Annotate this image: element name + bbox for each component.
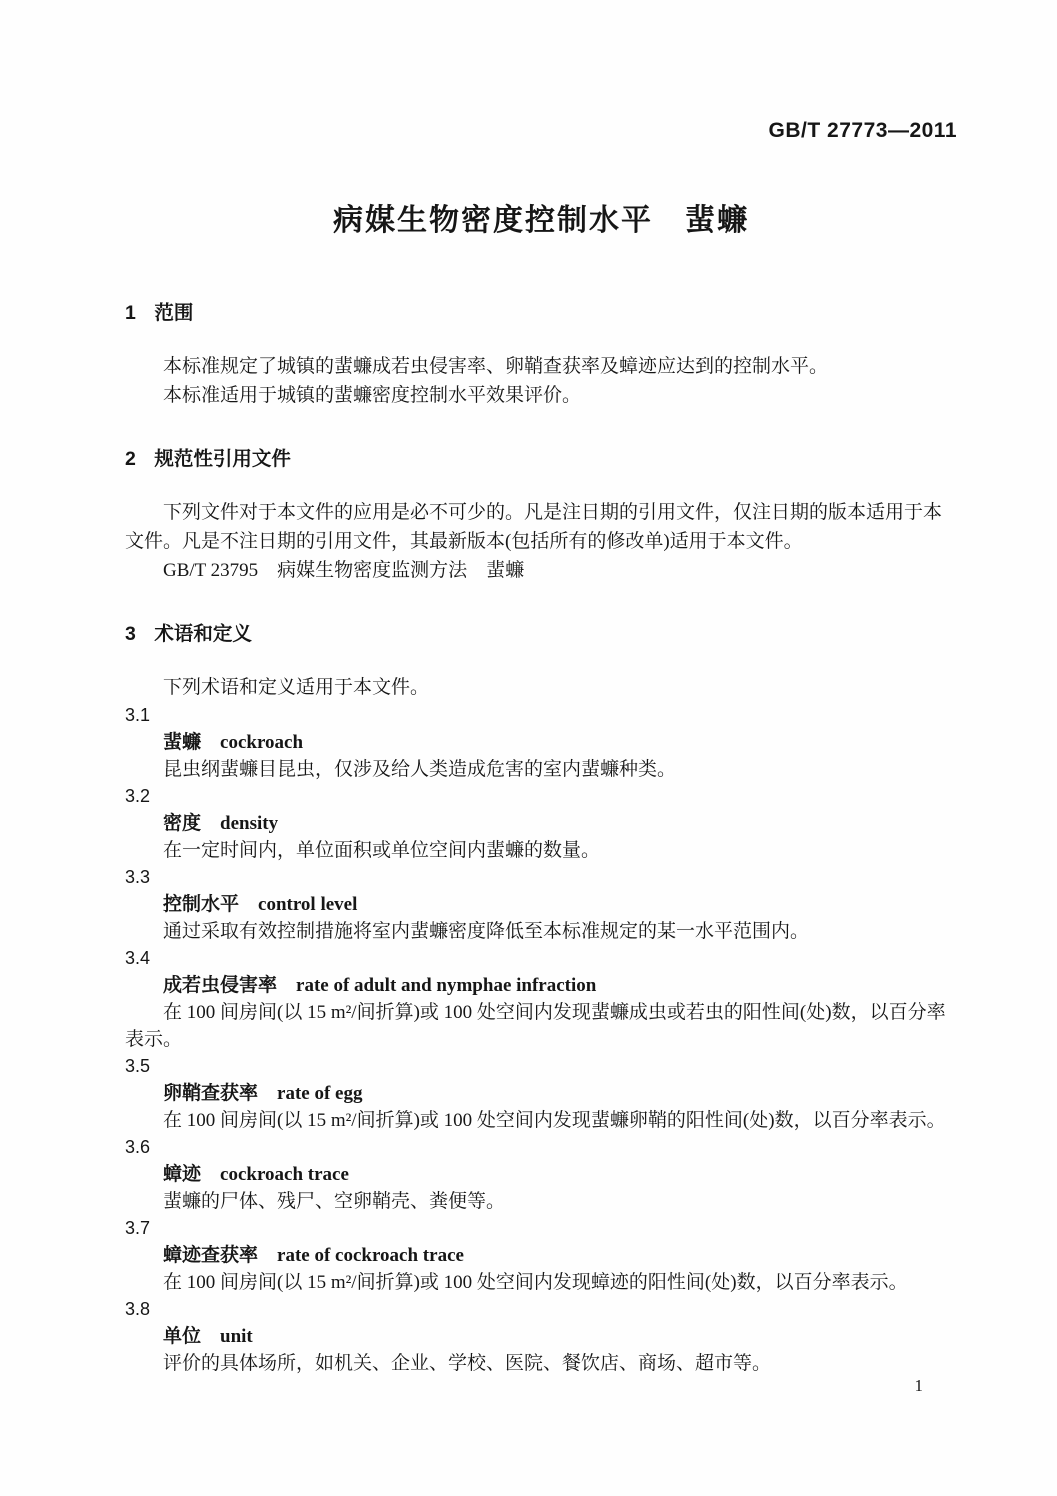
term-number: 3.5 (125, 1053, 957, 1080)
term-name-zh: 单位 (163, 1326, 201, 1347)
term-number: 3.2 (125, 783, 957, 810)
section-heading-text: 规范性引用文件 (154, 448, 291, 470)
term-number: 3.1 (125, 702, 957, 729)
term-definition: 在 100 间房间(以 15 m²/间折算)或 100 处空间内发现蟑迹的阳性间… (125, 1269, 957, 1296)
section-terms: 3术语和定义 下列术语和定义适用于本文件。 3.1 蜚蠊cockroach 昆虫… (125, 621, 957, 1377)
scope-heading: 1范围 (125, 300, 957, 326)
term-title: 控制水平control level (125, 891, 957, 918)
term-definition: 在 100 间房间(以 15 m²/间折算)或 100 处空间内发现蜚蠊成虫或若… (125, 999, 957, 1053)
term-name-zh: 蟑迹查获率 (163, 1245, 258, 1266)
terms-heading: 3术语和定义 (125, 621, 957, 647)
document-title: 病媒生物密度控制水平 蜚蠊 (125, 200, 957, 242)
term-name-en: unit (220, 1326, 253, 1347)
term-title: 蜚蠊cockroach (125, 729, 957, 756)
term-name-zh: 控制水平 (163, 894, 239, 915)
term-name-zh: 卵鞘查获率 (163, 1083, 258, 1104)
term-name-en: control level (258, 894, 357, 915)
term-number: 3.3 (125, 864, 957, 891)
term-number: 3.8 (125, 1296, 957, 1323)
term-3-4: 3.4 成若虫侵害率rate of adult and nymphae infr… (125, 945, 957, 1053)
term-title: 蟑迹查获率rate of cockroach trace (125, 1242, 957, 1269)
term-3-8: 3.8 单位unit 评价的具体场所，如机关、企业、学校、医院、餐饮店、商场、超… (125, 1296, 957, 1377)
term-title: 卵鞘查获率rate of egg (125, 1080, 957, 1107)
section-scope: 1范围 本标准规定了城镇的蜚蠊成若虫侵害率、卵鞘查获率及蟑迹应达到的控制水平。 … (125, 300, 957, 410)
term-title: 密度density (125, 810, 957, 837)
scope-paragraph-2: 本标准适用于城镇的蜚蠊密度控制水平效果评价。 (125, 381, 957, 410)
term-definition: 蜚蠊的尸体、残尸、空卵鞘壳、粪便等。 (125, 1188, 957, 1215)
term-name-en: rate of egg (277, 1083, 362, 1104)
term-name-en: rate of cockroach trace (277, 1245, 464, 1266)
section-number: 1 (125, 302, 136, 324)
page-number: 1 (915, 1376, 924, 1396)
document-page: GB/T 27773—2011 病媒生物密度控制水平 蜚蠊 1范围 本标准规定了… (0, 0, 1057, 1496)
term-3-3: 3.3 控制水平control level 通过采取有效控制措施将室内蜚蠊密度降… (125, 864, 957, 945)
term-name-zh: 密度 (163, 813, 201, 834)
term-name-zh: 蜚蠊 (163, 732, 201, 753)
term-number: 3.7 (125, 1215, 957, 1242)
term-definition: 昆虫纲蜚蠊目昆虫，仅涉及给人类造成危害的室内蜚蠊种类。 (125, 756, 957, 783)
term-title: 成若虫侵害率rate of adult and nymphae infracti… (125, 972, 957, 999)
section-references: 2规范性引用文件 下列文件对于本文件的应用是必不可少的。凡是注日期的引用文件，仅… (125, 446, 957, 585)
term-title: 单位unit (125, 1323, 957, 1350)
term-name-en: density (220, 813, 278, 834)
scope-paragraph-1: 本标准规定了城镇的蜚蠊成若虫侵害率、卵鞘查获率及蟑迹应达到的控制水平。 (125, 352, 957, 381)
term-3-2: 3.2 密度density 在一定时间内，单位面积或单位空间内蜚蠊的数量。 (125, 783, 957, 864)
section-number: 3 (125, 623, 136, 645)
reference-item: GB/T 23795 病媒生物密度监测方法 蜚蠊 (125, 556, 957, 585)
section-heading-text: 范围 (154, 302, 193, 324)
term-definition: 评价的具体场所，如机关、企业、学校、医院、餐饮店、商场、超市等。 (125, 1350, 957, 1377)
standard-number: GB/T 27773—2011 (125, 118, 957, 144)
term-name-en: cockroach trace (220, 1164, 349, 1185)
section-heading-text: 术语和定义 (154, 623, 252, 645)
term-3-1: 3.1 蜚蠊cockroach 昆虫纲蜚蠊目昆虫，仅涉及给人类造成危害的室内蜚蠊… (125, 702, 957, 783)
section-number: 2 (125, 448, 136, 470)
term-number: 3.4 (125, 945, 957, 972)
term-number: 3.6 (125, 1134, 957, 1161)
references-paragraph: 下列文件对于本文件的应用是必不可少的。凡是注日期的引用文件，仅注日期的版本适用于… (125, 498, 957, 556)
term-definition: 通过采取有效控制措施将室内蜚蠊密度降低至本标准规定的某一水平范围内。 (125, 918, 957, 945)
term-name-en: cockroach (220, 732, 303, 753)
term-name-zh: 成若虫侵害率 (163, 975, 277, 996)
term-name-en: rate of adult and nymphae infraction (296, 975, 596, 996)
term-title: 蟑迹cockroach trace (125, 1161, 957, 1188)
references-heading: 2规范性引用文件 (125, 446, 957, 472)
terms-intro: 下列术语和定义适用于本文件。 (125, 673, 957, 702)
term-3-7: 3.7 蟑迹查获率rate of cockroach trace 在 100 间… (125, 1215, 957, 1296)
term-name-zh: 蟑迹 (163, 1164, 201, 1185)
term-definition: 在一定时间内，单位面积或单位空间内蜚蠊的数量。 (125, 837, 957, 864)
term-3-6: 3.6 蟑迹cockroach trace 蜚蠊的尸体、残尸、空卵鞘壳、粪便等。 (125, 1134, 957, 1215)
term-definition: 在 100 间房间(以 15 m²/间折算)或 100 处空间内发现蜚蠊卵鞘的阳… (125, 1107, 957, 1134)
term-3-5: 3.5 卵鞘查获率rate of egg 在 100 间房间(以 15 m²/间… (125, 1053, 957, 1134)
